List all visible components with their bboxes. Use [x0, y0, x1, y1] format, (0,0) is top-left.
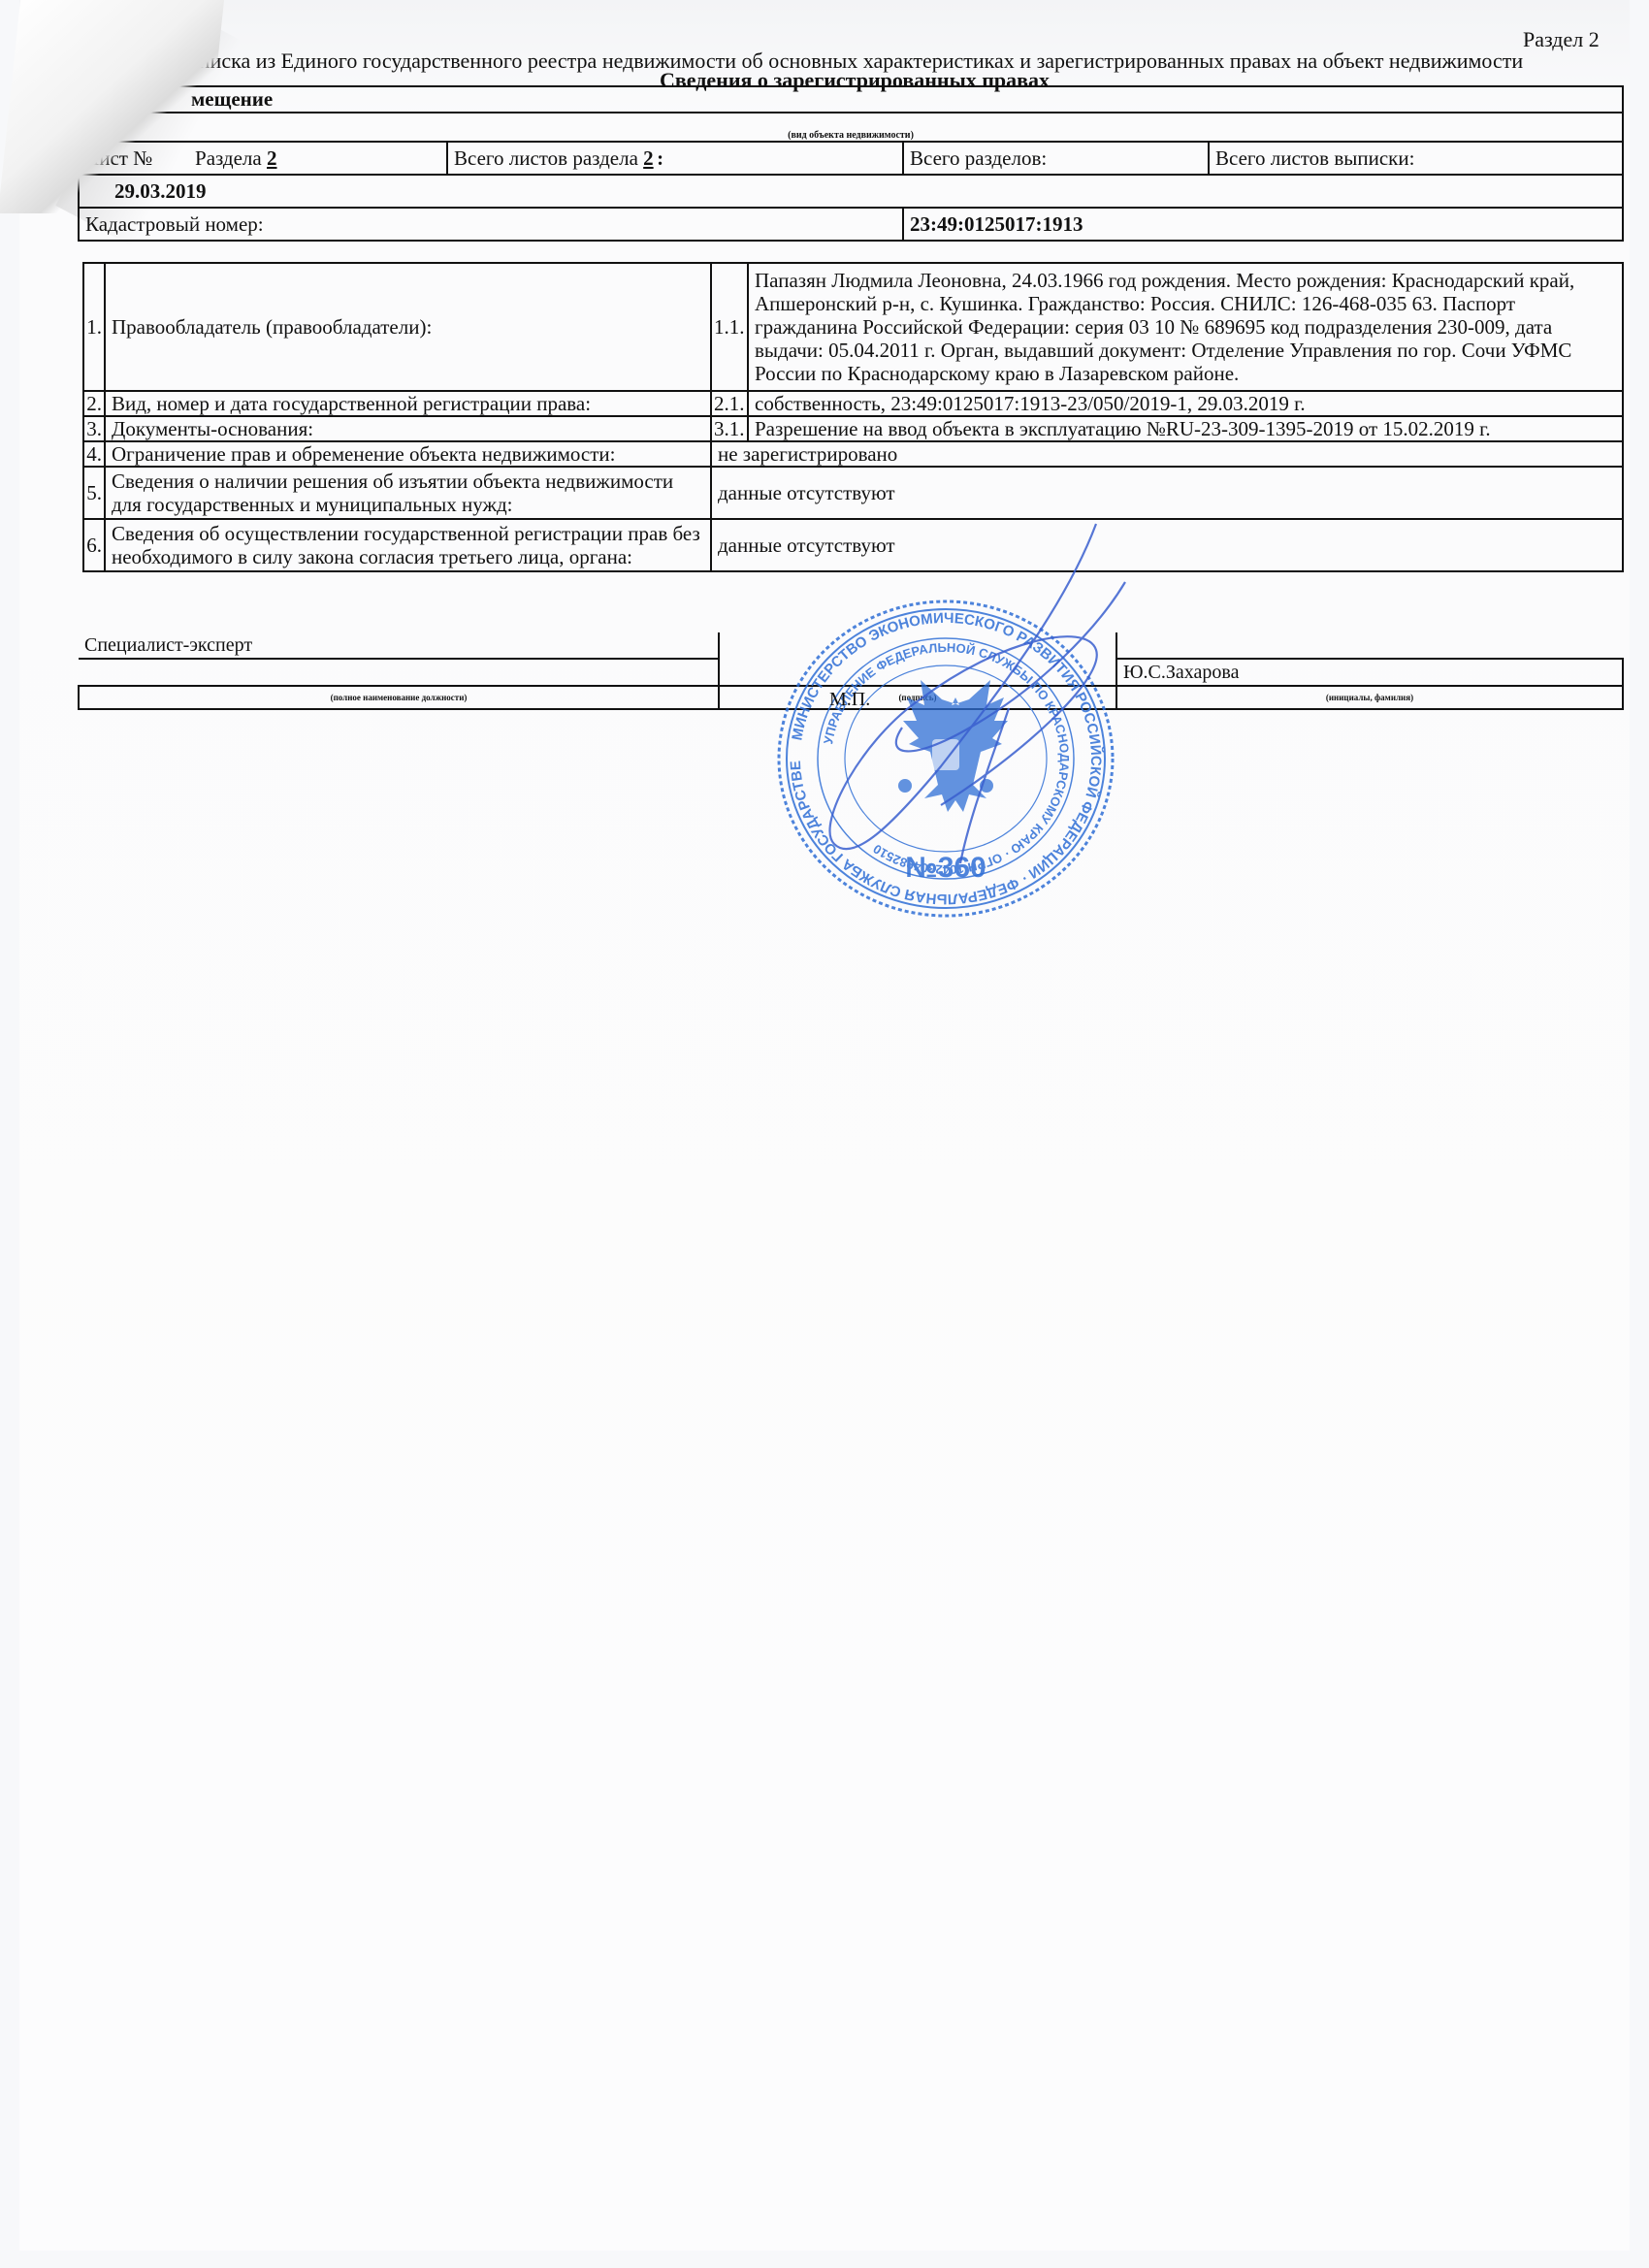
encumbrance-value: не зарегистрировано	[711, 441, 1623, 467]
page-curl	[0, 0, 225, 213]
seizure-value: данные отсутствуют	[711, 467, 1623, 519]
rights-holder-value: Папазян Людмила Леоновна, 24.03.1966 год…	[748, 263, 1623, 391]
table-row: 6. Сведения об осуществлении государстве…	[83, 519, 1623, 571]
object-header-table: мещение (вид объекта недвижимости) Лист …	[78, 85, 1624, 242]
svg-text:№360: №360	[905, 852, 986, 884]
total-sections-cell: Всего разделов:	[903, 142, 1209, 175]
encumbrance-label: Ограничение прав и обременение объекта н…	[105, 441, 711, 467]
consent-value: данные отсутствуют	[711, 519, 1623, 571]
table-row: 1. Правообладатель (правообладатели): 1.…	[83, 263, 1623, 391]
signature-caption: (подпись)	[719, 686, 1116, 709]
total-sheets-section-cell: Всего листов раздела 2:	[447, 142, 903, 175]
basis-documents-label: Документы-основания:	[105, 416, 711, 441]
position-value: Специалист-эксперт	[79, 632, 719, 659]
position-caption: (полное наименование должности)	[79, 686, 719, 709]
rights-table: 1. Правообладатель (правообладатели): 1.…	[82, 262, 1624, 572]
total-sheets-cell: Всего листов выписки:	[1209, 142, 1623, 175]
table-row: 5. Сведения о наличии решения об изъятии…	[83, 467, 1623, 519]
extract-date: 29.03.2019	[79, 175, 1623, 208]
total-sheets-section-number: 2	[643, 146, 657, 171]
name-caption: (инициалы, фамилия)	[1116, 686, 1623, 709]
cadastral-label: Кадастровый номер:	[79, 208, 903, 241]
document-page: Раздел 2 ыписка из Единого государственн…	[19, 0, 1630, 2251]
section-number: 2	[267, 146, 294, 171]
cadastral-number: 23:49:0125017:1913	[903, 208, 1623, 241]
object-type-caption: (вид объекта недвижимости)	[79, 113, 1623, 142]
official-name: Ю.С.Захарова	[1116, 659, 1623, 686]
seizure-label: Сведения о наличии решения об изъятии об…	[105, 467, 711, 519]
table-row: 2. Вид, номер и дата государственной рег…	[83, 391, 1623, 416]
table-row: 3. Документы-основания: 3.1. Разрешение …	[83, 416, 1623, 441]
registration-label: Вид, номер и дата государственной регист…	[105, 391, 711, 416]
object-type: мещение	[79, 86, 1623, 113]
seal-label: М.П.	[829, 689, 870, 711]
table-row: 4. Ограничение прав и обременение объект…	[83, 441, 1623, 467]
registration-value: собственность, 23:49:0125017:1913-23/050…	[748, 391, 1623, 416]
basis-documents-value: Разрешение на ввод объекта в эксплуатаци…	[748, 416, 1623, 441]
section-label: Раздел 2	[1523, 27, 1600, 52]
consent-label: Сведения об осуществлении государственно…	[105, 519, 711, 571]
rights-holder-label: Правообладатель (правообладатели):	[105, 263, 711, 391]
